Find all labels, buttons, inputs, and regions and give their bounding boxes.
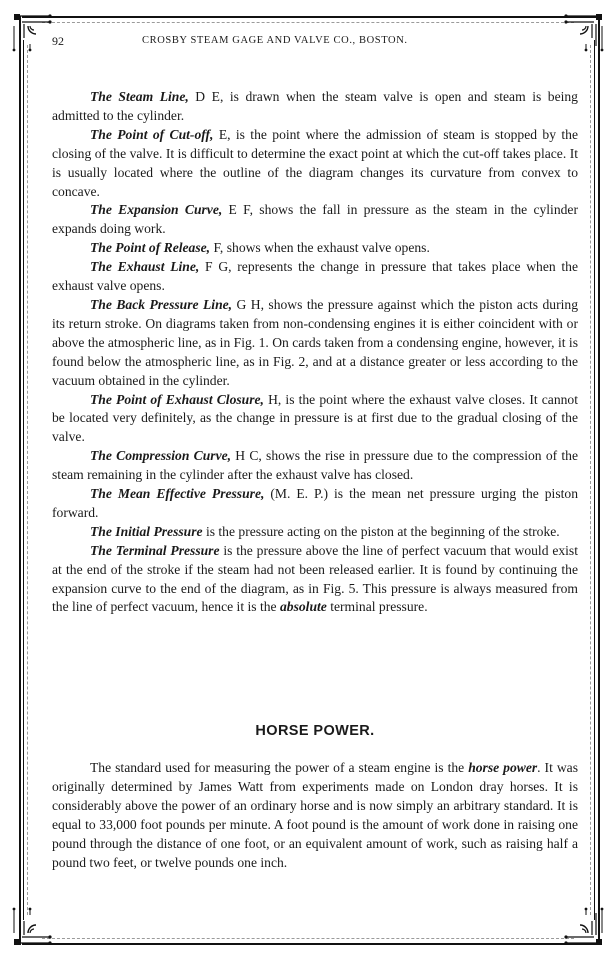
definition-term: The Compression Curve,: [90, 448, 231, 463]
definition-term: The Point of Cut-off,: [90, 127, 213, 142]
definition-term: The Point of Exhaust Closure,: [90, 392, 264, 407]
definition-compression-curve: The Compression Curve, H C, shows the ri…: [52, 447, 578, 485]
running-head: CROSBY STEAM GAGE AND VALVE CO., BOSTON.: [142, 35, 408, 46]
horse-power-paragraph: The standard used for measuring the powe…: [52, 759, 578, 872]
definition-terminal-pressure: The Terminal Pressure is the pressure ab…: [52, 542, 578, 618]
definition-term: The Expansion Curve,: [90, 202, 222, 217]
frame-top-inner-rule: [42, 22, 574, 23]
definition-term: The Mean Effective Pressure,: [90, 486, 264, 501]
paragraph-text-after: . It was originally determined by James …: [52, 760, 578, 870]
definition-term: The Point of Release,: [90, 240, 210, 255]
frame-bottom-inner-rule: [42, 938, 574, 939]
corner-ornament-bottom-left-icon: [8, 893, 68, 953]
emphasis-horse-power: horse power: [468, 760, 537, 775]
paragraph-text: The standard used for measuring the powe…: [90, 760, 468, 775]
section-heading-horse-power: HORSE POWER.: [52, 723, 578, 739]
definition-term: The Initial Pressure: [90, 524, 203, 539]
definition-back-pressure-line: The Back Pressure Line, G H, shows the p…: [52, 296, 578, 391]
definition-point-of-release: The Point of Release, F, shows when the …: [52, 239, 578, 258]
definition-term: The Terminal Pressure: [90, 543, 220, 558]
frame-top-rule: [22, 16, 596, 18]
definition-steam-line: The Steam Line, D E, is drawn when the s…: [52, 88, 578, 126]
definition-text-after: terminal pressure.: [327, 599, 428, 614]
definition-point-of-cut-off: The Point of Cut-off, E, is the point wh…: [52, 126, 578, 202]
definition-term: The Steam Line,: [90, 89, 189, 104]
definitions-body: The Steam Line, D E, is drawn when the s…: [52, 88, 578, 617]
page-number: 92: [52, 34, 64, 49]
frame-bottom-rule: [22, 943, 596, 945]
definition-mean-effective-pressure: The Mean Effective Pressure, (M. E. P.) …: [52, 485, 578, 523]
definition-expansion-curve: The Expansion Curve, E F, shows the fall…: [52, 201, 578, 239]
definition-text: is the pressure acting on the piston at …: [203, 524, 560, 539]
definition-exhaust-line: The Exhaust Line, F G, represents the ch…: [52, 258, 578, 296]
frame-right-inner-rule: [590, 45, 591, 915]
definition-initial-pressure: The Initial Pressure is the pressure act…: [52, 523, 578, 542]
definition-point-of-exhaust-closure: The Point of Exhaust Closure, H, is the …: [52, 391, 578, 448]
definition-term: The Back Pressure Line,: [90, 297, 232, 312]
frame-left-inner-rule: [27, 45, 28, 915]
frame-left-rule: [19, 16, 21, 945]
corner-ornament-bottom-right-icon: [548, 893, 608, 953]
frame-right-rule-2: [594, 40, 595, 920]
page-header: 92 CROSBY STEAM GAGE AND VALVE CO., BOST…: [52, 33, 578, 53]
emphasis-absolute: absolute: [280, 599, 327, 614]
frame-left-rule-2: [23, 40, 24, 920]
frame-right-rule: [598, 16, 600, 945]
definition-text: F, shows when the exhaust valve opens.: [210, 240, 430, 255]
definition-term: The Exhaust Line,: [90, 259, 199, 274]
horse-power-body: The standard used for measuring the powe…: [52, 759, 578, 872]
